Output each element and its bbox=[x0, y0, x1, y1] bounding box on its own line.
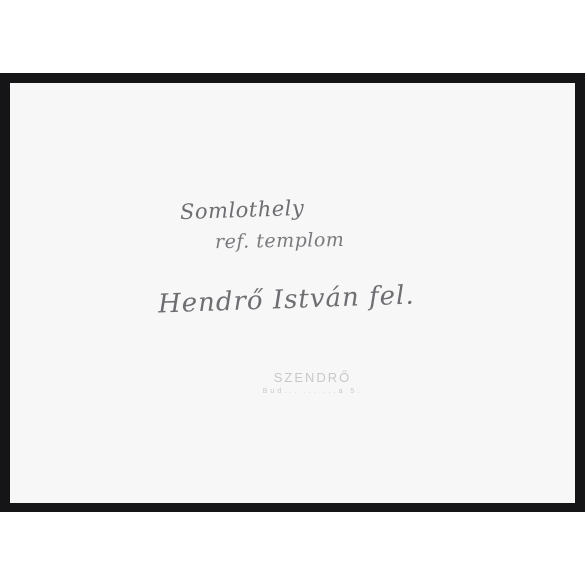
photo-back-paper: Somlothely ref. templom Hendrő István fe… bbox=[10, 83, 575, 503]
studio-stamp-address: Bud... ... ...a 5. bbox=[50, 388, 575, 395]
handwritten-place-name: Somlothely bbox=[180, 196, 305, 224]
studio-stamp-name: SZENDRŐ bbox=[50, 370, 575, 385]
photo-black-border: Somlothely ref. templom Hendrő István fe… bbox=[0, 73, 585, 512]
handwritten-photographer-signature: Hendrő István fel. bbox=[158, 281, 416, 320]
handwritten-subject: ref. templom bbox=[215, 229, 345, 253]
